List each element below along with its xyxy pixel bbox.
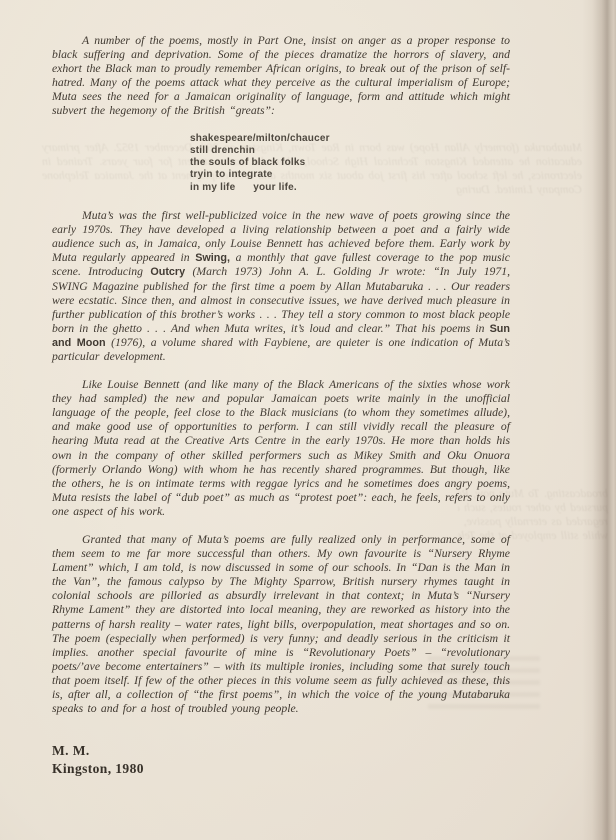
signature-place-date: Kingston, 1980 xyxy=(52,760,510,778)
body-text-segment: Granted that many of Muta’s poems are fu… xyxy=(52,533,510,715)
page-text-block: A number of the poems, mostly in Part On… xyxy=(52,34,510,777)
opening-section: A number of the poems, mostly in Part On… xyxy=(52,34,510,119)
poem-line: tryin to integrate xyxy=(190,169,510,181)
paragraph-like-louise-bennett: Like Louise Bennett (and like many of th… xyxy=(52,378,510,519)
body-text-segment: (1976), a volume shared with Faybiene, a… xyxy=(52,336,510,363)
paragraph-anger-response: A number of the poems, mostly in Part On… xyxy=(52,34,510,119)
paragraph-granted-performance: Granted that many of Muta’s poems are fu… xyxy=(52,533,510,716)
main-section: Muta’s was the first well-publicized voi… xyxy=(52,209,510,716)
publication-title: Outcry xyxy=(150,266,185,278)
poem-line: the souls of black folks xyxy=(190,157,510,169)
body-text-segment: A number of the poems, mostly in Part On… xyxy=(52,34,510,117)
publication-title: Swing, xyxy=(195,252,230,264)
poem-line: still drenchin xyxy=(190,145,510,157)
poem-line: in my life your life. xyxy=(190,182,510,194)
paragraph-first-publicized-voice: Muta’s was the first well-publicized voi… xyxy=(52,209,510,364)
page-edge-shadow xyxy=(582,0,616,840)
signature-block: M. M. Kingston, 1980 xyxy=(52,742,510,777)
signature-initials: M. M. xyxy=(52,742,510,760)
poem-excerpt: shakespeare/milton/chaucerstill drenchin… xyxy=(190,133,510,194)
scanned-book-page: Mutabaruka (formerly Allan Hope) was bor… xyxy=(0,0,616,840)
poem-line: shakespeare/milton/chaucer xyxy=(190,133,510,145)
body-text-segment: Like Louise Bennett (and like many of th… xyxy=(52,378,510,518)
